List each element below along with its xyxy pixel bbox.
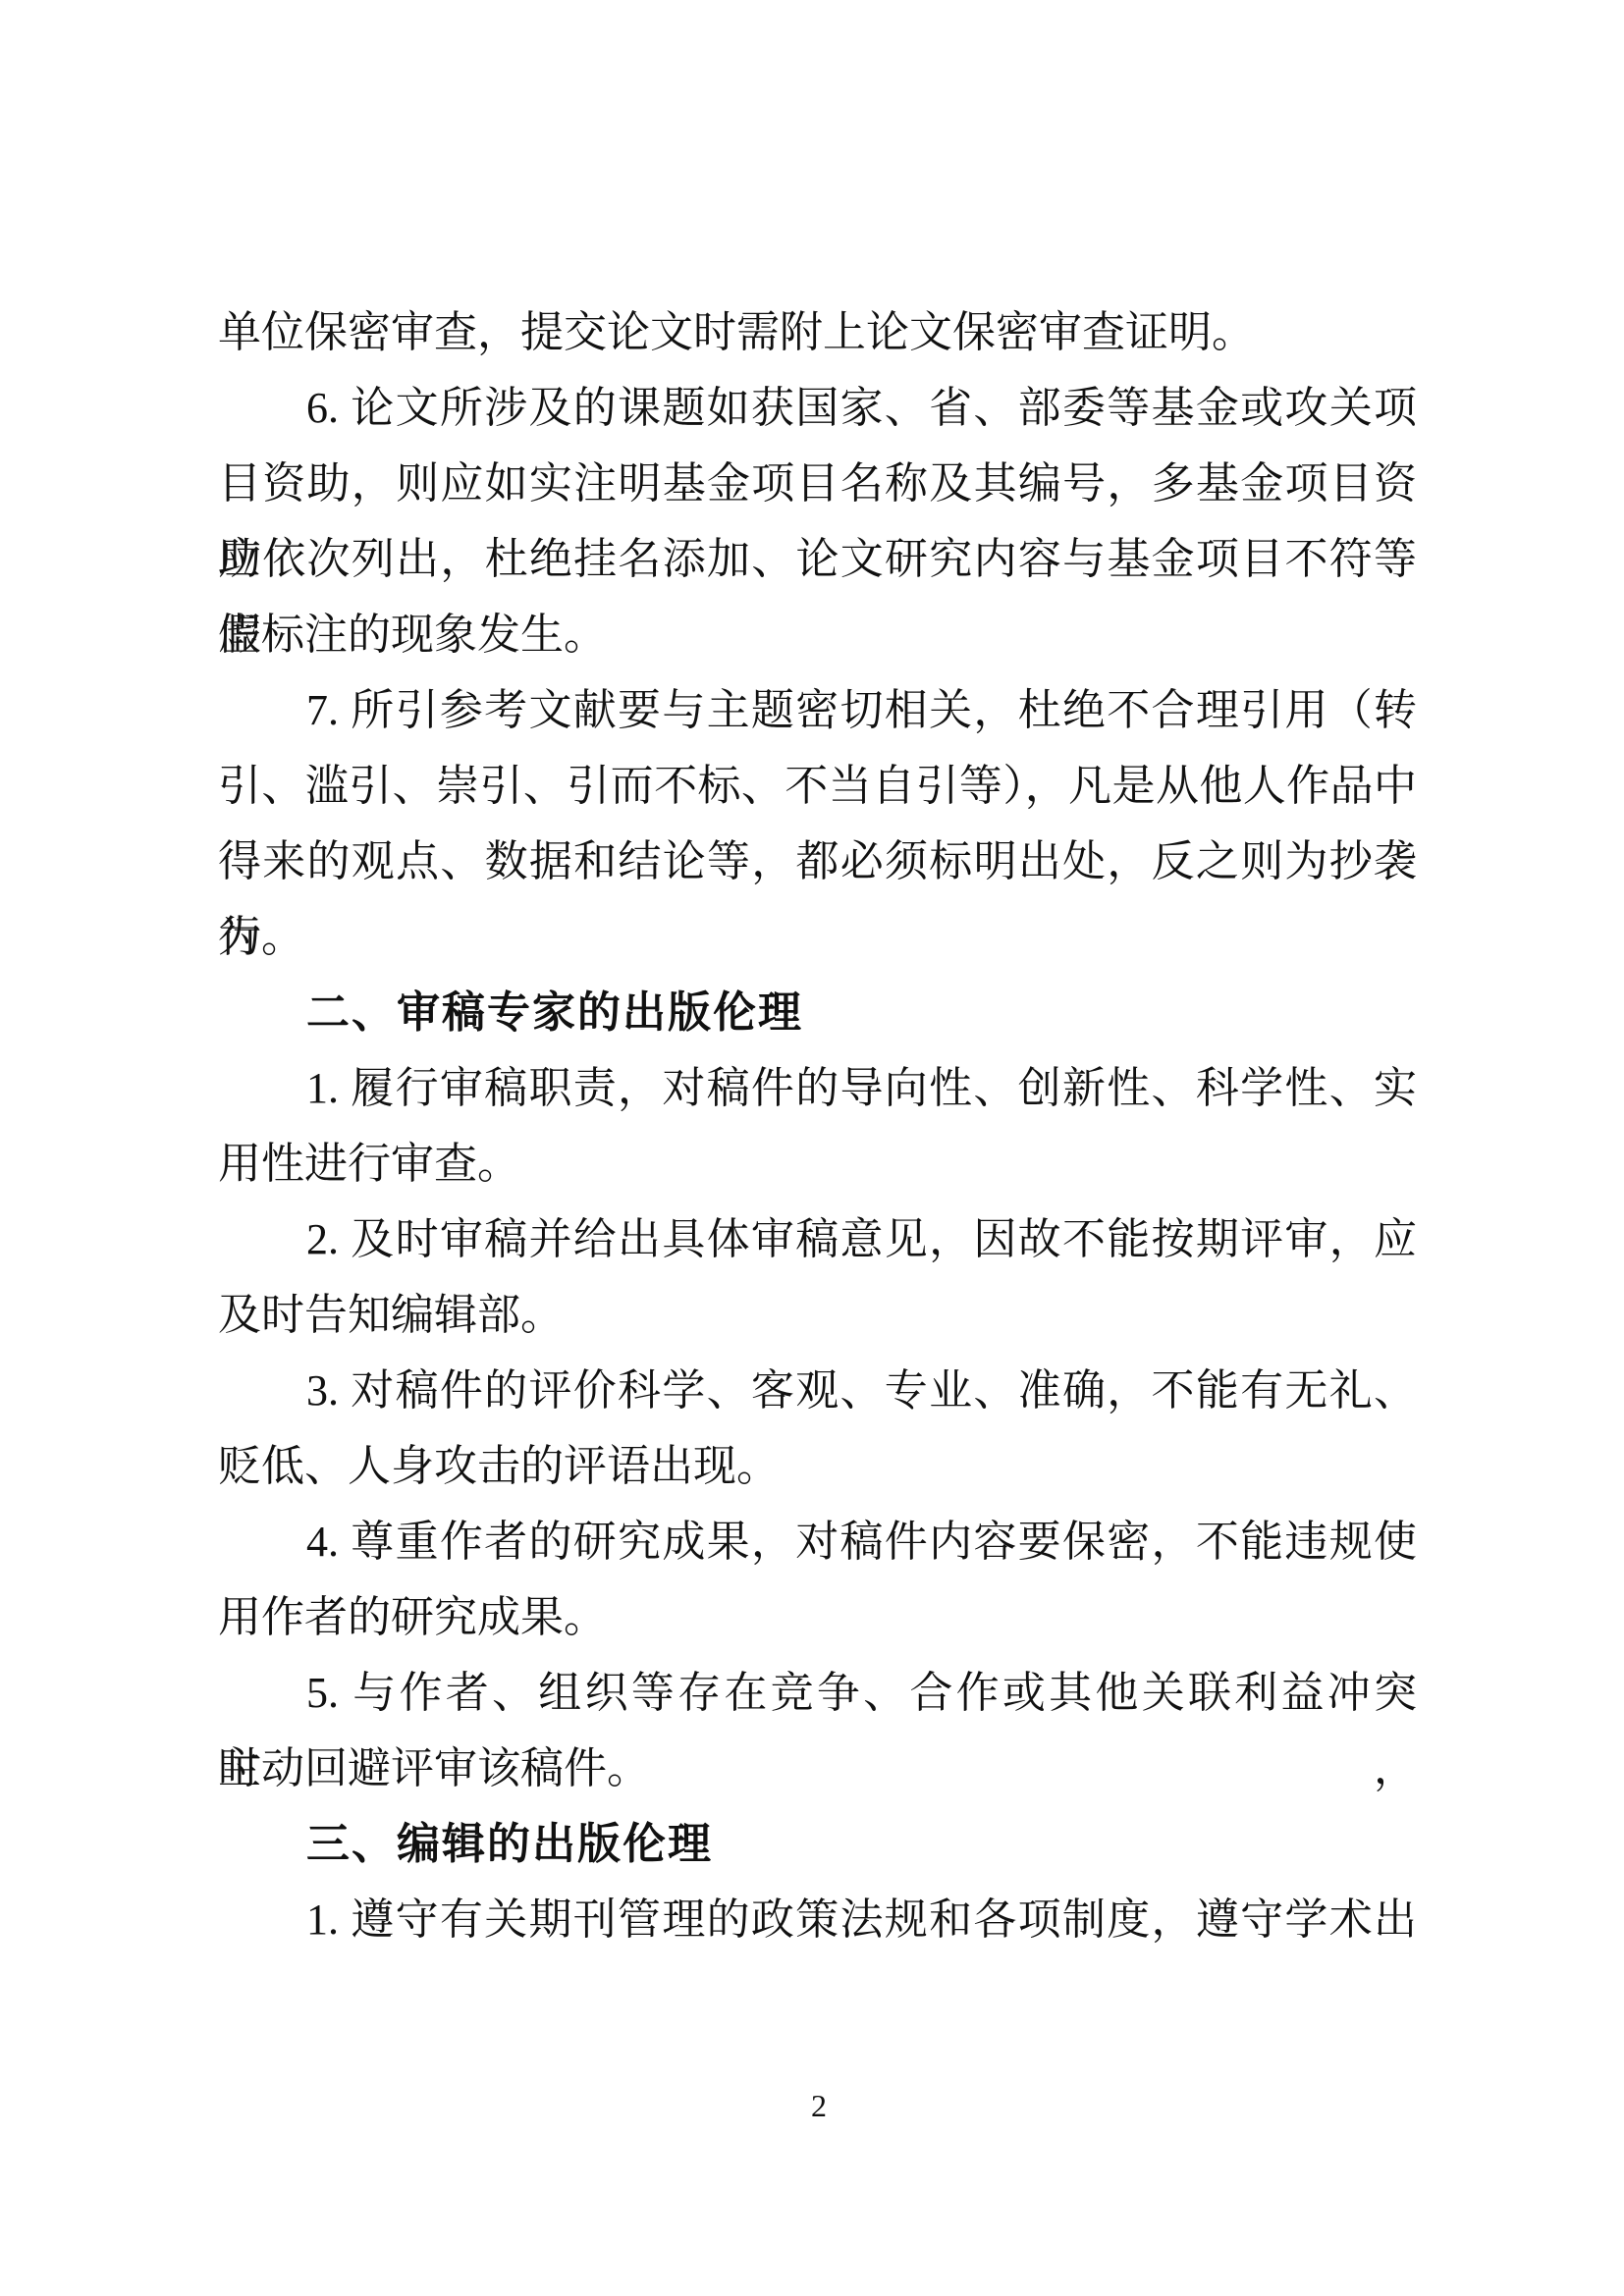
text-line: 用性进行审查。 [218,1126,1417,1201]
text-line: 应依次列出，杜绝挂名添加、论文研究内容与基金项目不符等虚 [218,521,1417,597]
text-line: 6. 论文所涉及的课题如获国家、省、部委等基金或攻关项 [218,370,1417,446]
text-line: 3. 对稿件的评价科学、客观、专业、准确，不能有无礼、 [218,1353,1417,1428]
text-line: 引、滥引、崇引、引而不标、不当自引等），凡是从他人作品中 [218,748,1417,824]
section-heading: 二、审稿专家的出版伦理 [218,975,1417,1050]
document-page: 单位保密审查，提交论文时需附上论文保密审查证明。6. 论文所涉及的课题如获国家、… [0,0,1624,2296]
text-line: 5. 与作者、组织等存在竞争、合作或其他关联利益冲突时， [218,1655,1417,1731]
text-line: 贬低、人身攻击的评语出现。 [218,1428,1417,1504]
text-line: 为。 [218,899,1417,975]
text-line: 1. 遵守有关期刊管理的政策法规和各项制度，遵守学术出 [218,1882,1417,1957]
text-line: 2. 及时审稿并给出具体审稿意见，因故不能按期评审，应 [218,1201,1417,1277]
text-line: 目资助，则应如实注明基金项目名称及其编号，多基金项目资助 [218,446,1417,521]
text-line: 假标注的现象发生。 [218,597,1417,672]
text-line: 单位保密审查，提交论文时需附上论文保密审查证明。 [218,294,1417,370]
text-line: 4. 尊重作者的研究成果，对稿件内容要保密，不能违规使 [218,1504,1417,1579]
document-body: 单位保密审查，提交论文时需附上论文保密审查证明。6. 论文所涉及的课题如获国家、… [218,294,1417,1957]
text-line: 7. 所引参考文献要与主题密切相关，杜绝不合理引用（转 [218,672,1417,748]
section-heading: 三、编辑的出版伦理 [218,1806,1417,1882]
text-line: 及时告知编辑部。 [218,1277,1417,1353]
text-line: 用作者的研究成果。 [218,1579,1417,1655]
page-number: 2 [0,2086,1624,2125]
text-line: 1. 履行审稿职责，对稿件的导向性、创新性、科学性、实 [218,1050,1417,1126]
text-line: 得来的观点、数据和结论等，都必须标明出处，反之则为抄袭行 [218,824,1417,899]
